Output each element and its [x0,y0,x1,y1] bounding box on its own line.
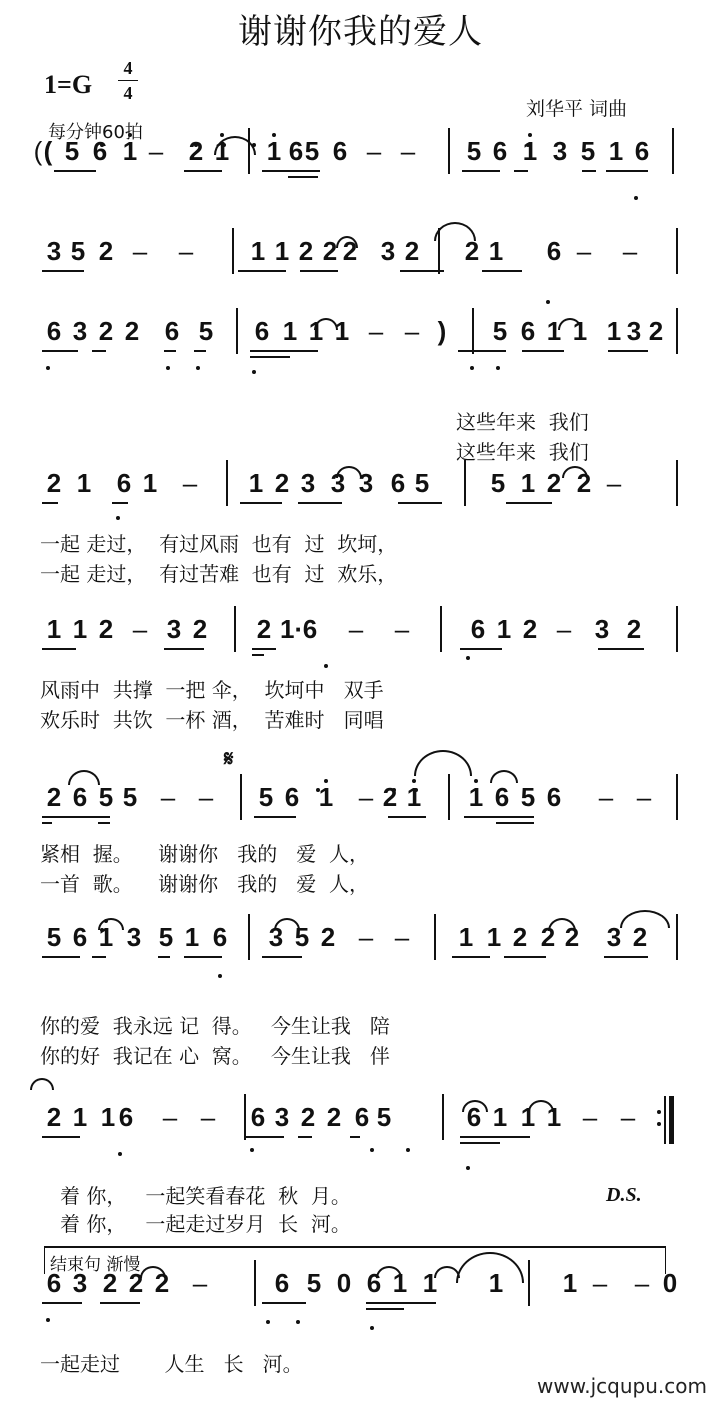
lyric-line: 一起 走过， 有过风雨 也有 过 坎坷， [40,532,397,556]
beam-underline [262,170,320,172]
note: 6 [492,782,512,812]
note: 5 [44,922,64,952]
note: – [366,316,386,346]
note: – [596,782,616,812]
high-octave-dot [474,779,478,783]
beam-underline [452,956,490,958]
beam-underline [462,170,500,172]
beam-underline [252,654,264,656]
beam-underline [42,956,80,958]
note: 1 [456,922,476,952]
note: 3 [624,316,644,346]
note: 1 [490,1102,510,1132]
note: 1 [246,468,266,498]
low-octave-dot [116,516,120,520]
tie-slur [434,222,476,241]
note: 6 [468,614,488,644]
high-octave-dot [128,133,132,137]
tie-slur [414,750,472,776]
note: – [580,1102,600,1132]
low-octave-dot [634,196,638,200]
beam-underline [514,170,528,172]
note: 6 [544,782,564,812]
high-octave-dot [100,143,104,147]
beam-underline [158,956,170,958]
note: 5 [578,136,598,166]
note: 5 [120,782,140,812]
beam-underline [582,170,596,172]
note: ) [432,316,452,346]
note: 5 [464,136,484,166]
beam-underline [92,350,106,352]
beam-underline [250,350,318,352]
note: 1 [44,614,64,644]
note: 1 [520,136,540,166]
note: 1 [486,236,506,266]
lyric-line: 着 你， 一起笑看春花 秋 月。 [60,1184,351,1208]
note: 6 [352,1102,372,1132]
tie-slur [490,770,518,783]
bar-line [240,774,242,820]
low-octave-dot [196,366,200,370]
lyric-line: 欢乐时 共饮 一杯 酒， 苦难时 同唱 [40,708,384,732]
note: 1 [272,236,292,266]
note: 3 [592,614,612,644]
low-octave-dot [166,366,170,370]
beam-underline [238,270,286,272]
credits: 刘华平 词曲 [526,94,627,121]
low-octave-dot [406,1148,410,1152]
note: 1 [604,316,624,346]
note: 6 [70,922,90,952]
note: 6 [162,316,182,346]
note: 1 [140,468,160,498]
lyric-line: 一起走过 人生 长 河。 [40,1352,303,1376]
low-octave-dot [324,664,328,668]
high-octave-dot [392,788,396,792]
watermark: www.jcqupu.com [537,1374,707,1398]
low-octave-dot [252,370,256,374]
note: – [392,922,412,952]
bar-line [236,308,238,354]
high-octave-dot [324,779,328,783]
note: 2 [510,922,530,952]
note: 2 [254,614,274,644]
bar-line [676,774,678,820]
note: 3 [378,236,398,266]
beam-underline [42,816,110,818]
bar-line [434,914,436,960]
low-octave-dot [46,1318,50,1322]
time-signature: 4 4 [118,58,138,103]
note: 1 [182,922,202,952]
high-octave-dot [414,788,418,792]
note: 2 [96,614,116,644]
beam-underline [42,822,52,824]
beam-underline [164,350,176,352]
beam-underline [262,1302,306,1304]
lyric-line: 风雨中 共撑 一把 伞， 坎坷中 双手 [40,678,384,702]
note: 5 [156,922,176,952]
song-title: 谢谢你我的爱人 [0,4,721,53]
note: – [364,136,384,166]
note: 6 [114,468,134,498]
note: 5 [412,468,432,498]
note: 2 [324,1102,344,1132]
beam-underline [240,502,282,504]
bar-line [232,228,234,274]
beam-underline [496,822,534,824]
bar-line [676,460,678,506]
note: 5 [68,236,88,266]
tie-slur [98,918,124,930]
bar-line [472,308,474,354]
beam-underline [42,270,84,272]
beam-underline [608,350,648,352]
note: 2 [402,236,422,266]
beam-underline [54,170,96,172]
note: 1 [280,316,300,346]
note: 1 [98,1102,118,1132]
lyric-line: 一起 走过， 有过苦难 也有 过 欢乐， [40,562,397,586]
ending-label: 结束句 渐慢 [50,1250,140,1275]
key-signature: 1=G [44,70,92,100]
note: 1 [466,782,486,812]
beam-underline [464,816,534,818]
note: 6 [330,136,350,166]
note: 6 [44,316,64,346]
bar-line [464,460,466,506]
note: 2 [96,316,116,346]
note: 2 [318,922,338,952]
note: – [146,136,166,166]
note: 5 [62,136,82,166]
low-octave-dot [250,1148,254,1152]
note: 1 [606,136,626,166]
lyric-line: 这些年来 我们 [456,440,589,464]
note: – [604,468,624,498]
bar-line [244,1094,246,1140]
note: 6 [544,236,564,266]
beam-underline [184,956,222,958]
beam-underline [42,648,76,650]
ds-marking: D.S. [606,1184,642,1207]
note: – [198,1102,218,1132]
open-paren: ( [28,136,48,166]
note: 5 [518,782,538,812]
note: 5 [490,316,510,346]
note: 6 [282,782,302,812]
note: 2 [296,236,316,266]
low-octave-dot [266,1320,270,1324]
low-octave-dot [46,366,50,370]
note: 2 [186,136,206,166]
note: 2 [520,614,540,644]
note: 5 [488,468,508,498]
bar-line [676,914,678,960]
note: 2 [544,468,564,498]
note: – [618,1102,638,1132]
note: 6 [116,1102,136,1132]
note: 2 [190,614,210,644]
beam-underline [42,1302,82,1304]
note: 1 [70,614,90,644]
note: – [634,782,654,812]
beam-underline [42,502,58,504]
low-octave-dot [370,1326,374,1330]
beam-underline [458,350,506,352]
breath-mark [30,1078,54,1090]
low-octave-dot [466,656,470,660]
beam-underline [246,1136,284,1138]
note: 6 [90,136,110,166]
tie-slur [548,918,576,931]
note: – [392,614,412,644]
tie-slur [462,1100,488,1112]
lyric-line: 着 你， 一起走过岁月 长 河。 [60,1212,351,1236]
note: 3 [164,614,184,644]
bar-line [669,1096,674,1144]
note: 6 [300,614,320,644]
low-octave-dot [470,366,474,370]
note: – [130,236,150,266]
note: – [158,782,178,812]
lyric-line: 这些年来 我们 [456,410,589,434]
beam-underline [300,270,338,272]
beam-underline [604,956,648,958]
bar-line [448,774,450,820]
note: 6 [518,316,538,346]
note: 2 [44,782,64,812]
note: 1 [404,782,424,812]
high-octave-dot [220,133,224,137]
beam-underline [400,270,444,272]
note: 2 [96,236,116,266]
beam-underline [504,956,546,958]
beam-underline [254,816,296,818]
beam-underline [460,1142,500,1144]
beam-underline [184,170,222,172]
low-octave-dot [466,1166,470,1170]
note: 6 [210,922,230,952]
bar-line [676,606,678,652]
low-octave-dot [218,974,222,978]
note: 5 [256,782,276,812]
bar-line [448,128,450,174]
note: – [346,614,366,644]
note: 1 [74,468,94,498]
note: 6 [490,136,510,166]
note: 2 [44,1102,64,1132]
beam-underline [262,956,302,958]
note: 2 [44,468,64,498]
note: – [554,614,574,644]
note: 5 [302,136,322,166]
note: 2 [646,316,666,346]
bar-line [234,606,236,652]
note: 2 [298,1102,318,1132]
bar-line [440,606,442,652]
note: 3 [298,468,318,498]
note: 1 [484,922,504,952]
segno-sign: 𝄋 [224,746,233,772]
repeat-dot [657,1122,661,1126]
high-octave-dot [528,133,532,137]
bar-line [672,128,674,174]
note: 1 [70,1102,90,1132]
beam-underline [100,1302,140,1304]
note: 2 [624,614,644,644]
beam-underline [460,1136,530,1138]
low-octave-dot [496,366,500,370]
beam-underline [366,1302,436,1304]
beam-underline [506,502,552,504]
beam-underline [298,502,342,504]
note: 3 [70,316,90,346]
bar-line [664,1096,666,1144]
high-octave-dot [194,143,198,147]
note: 3 [44,236,64,266]
beam-underline [482,270,522,272]
note: – [180,468,200,498]
repeat-dot [657,1110,661,1114]
lyric-line: 一首 歌。 谢谢你 我的 爱 人， [40,872,369,896]
note: 1 [248,236,268,266]
low-octave-dot [546,300,550,304]
tie-slur [68,770,100,785]
beam-underline [112,502,128,504]
beam-underline [606,170,648,172]
beam-underline [366,1308,404,1310]
beam-underline [298,1136,312,1138]
time-sig-top: 4 [118,58,138,78]
beam-underline [92,956,106,958]
note: 1 [332,316,352,346]
beam-underline [460,648,502,650]
note: 2 [122,316,142,346]
note: 6 [632,136,652,166]
beam-underline [250,356,290,358]
beam-underline [164,648,204,650]
note: – [160,1102,180,1132]
beam-underline [194,350,206,352]
note: – [574,236,594,266]
note: 6 [70,782,90,812]
low-octave-dot [296,1320,300,1324]
bar-line [676,308,678,354]
tie-slur [274,918,300,930]
note: 6 [252,316,272,346]
note: 6 [388,468,408,498]
note: – [196,782,216,812]
note: – [356,782,376,812]
note: 2 [272,468,292,498]
lyric-line: 紧相 握。 谢谢你 我的 爱 人， [40,842,369,866]
beam-underline [398,502,442,504]
note: 3 [272,1102,292,1132]
beam-underline [42,350,78,352]
note: – [356,922,376,952]
beam-underline [42,1136,80,1138]
high-octave-dot [272,133,276,137]
note: 1 [316,782,336,812]
note: 5 [96,782,116,812]
high-octave-dot [526,143,530,147]
note: – [620,236,640,266]
bar-line [676,228,678,274]
bar-line [248,914,250,960]
beam-underline [522,350,564,352]
note: 6 [248,1102,268,1132]
note: – [402,316,422,346]
note: 5 [196,316,216,346]
note: 1 [120,136,140,166]
note: 1 [494,614,514,644]
beam-underline [288,176,318,178]
time-sig-bottom: 4 [118,83,138,103]
beam-underline [98,822,110,824]
note: 1 [264,136,284,166]
note: 2 [380,782,400,812]
note: 1 [518,468,538,498]
beam-underline [350,1136,360,1138]
beam-underline [252,648,276,650]
note: 1· [280,614,300,644]
high-octave-dot [412,779,416,783]
note: 3 [124,922,144,952]
time-sig-bar [118,80,138,81]
lyric-line: 你的好 我记在 心 窝。 今生让我 伴 [40,1044,390,1068]
note: – [130,614,150,644]
beam-underline [598,648,644,650]
low-octave-dot [370,1148,374,1152]
note: 3 [550,136,570,166]
note: – [398,136,418,166]
beam-underline [388,816,426,818]
lyric-line: 你的爱 我永远 记 得。 今生让我 陪 [40,1014,390,1038]
bar-line [226,460,228,506]
note: – [176,236,196,266]
breath-mark [620,910,670,928]
note: 5 [374,1102,394,1132]
bar-line [442,1094,444,1140]
low-octave-dot [118,1152,122,1156]
high-octave-dot [316,788,320,792]
